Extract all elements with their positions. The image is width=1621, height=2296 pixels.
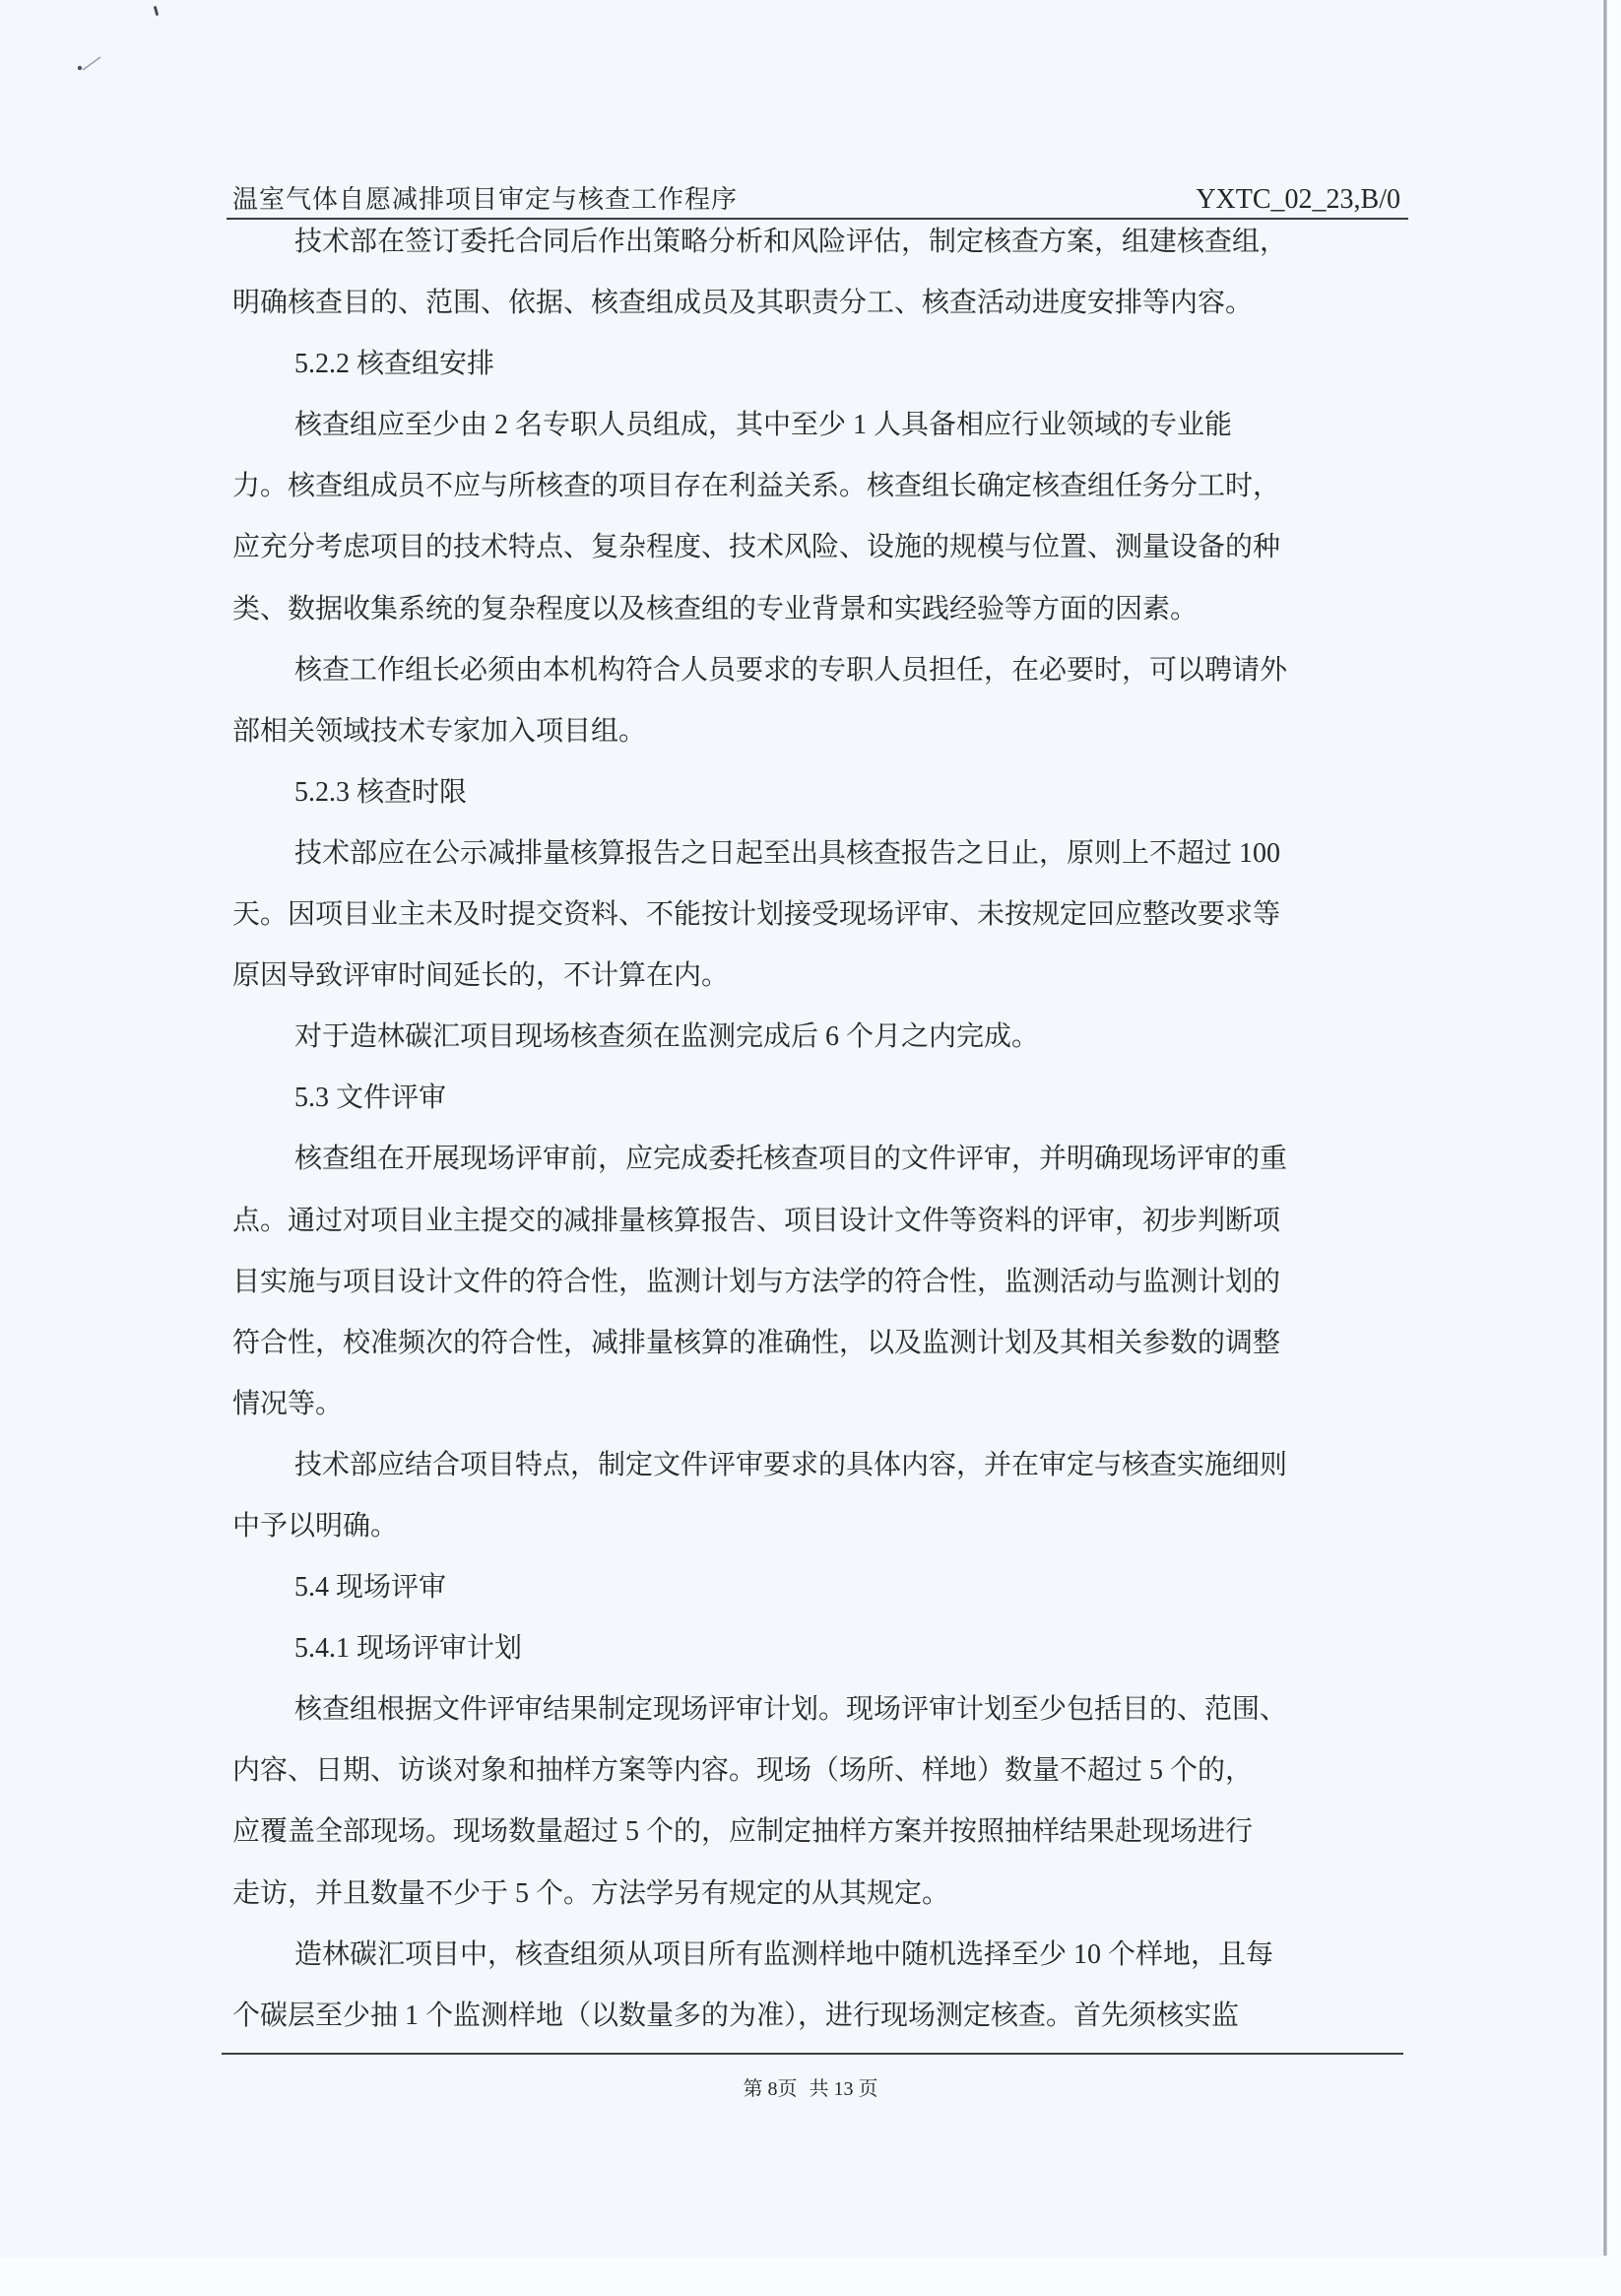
text-line: 明确核查目的、范围、依据、核查组成员及其职责分工、核查活动进度安排等内容。 [232,273,1400,334]
section-heading-5-4: 5.4 现场评审 [232,1557,1400,1618]
section-heading-5-4-1: 5.4.1 现场评审计划 [232,1618,1400,1679]
text-line: 类、数据收集系统的复杂程度以及核查组的专业背景和实践经验等方面的因素。 [232,579,1400,640]
text-line: 力。核查组成员不应与所核查的项目存在利益关系。核查组长确定核查组任务分工时， [232,456,1400,517]
text-line: 核查组在开展现场评审前，应完成委托核查项目的文件评审，并明确现场评审的重 [232,1129,1400,1190]
text-line: 原因导致评审时间延长的，不计算在内。 [232,946,1400,1007]
section-heading-5-2-3: 5.2.3 核查时限 [232,762,1400,823]
total-pages-label: 共 13 页 [810,2078,878,2100]
section-heading-5-3: 5.3 文件评审 [232,1068,1400,1129]
text-line: 天。因项目业主未及时提交资料、不能按计划接受现场评审、未按规定回应整改要求等 [232,885,1400,946]
text-line: 应覆盖全部现场。现场数量超过 5 个的，应制定抽样方案并按照抽样结果赴现场进行 [232,1802,1400,1863]
text-line: 核查组应至少由 2 名专职人员组成，其中至少 1 人具备相应行业领域的专业能 [232,395,1400,456]
document-body: 技术部在签订委托合同后作出策略分析和风险评估，制定核查方案，组建核查组， 明确核… [232,212,1400,2047]
text-line: 造林碳汇项目中，核查组须从项目所有监测样地中随机选择至少 10 个样地，且每 [232,1925,1400,1986]
text-line: 应充分考虑项目的技术特点、复杂程度、技术风险、设施的规模与位置、测量设备的种 [232,517,1400,578]
text-line: 目实施与项目设计文件的符合性，监测计划与方法学的符合性，监测活动与监测计划的 [232,1252,1400,1313]
page-number: 第 8页共 13 页 [0,2074,1621,2104]
text-line: 核查组根据文件评审结果制定现场评审计划。现场评审计划至少包括目的、范围、 [232,1679,1400,1740]
text-line: 点。通过对项目业主提交的减排量核算报告、项目设计文件等资料的评审，初步判断项 [232,1191,1400,1252]
footer-divider [222,2053,1403,2055]
section-heading-5-2-2: 5.2.2 核查组安排 [232,334,1400,395]
text-line: 技术部应在公示减排量核算报告之日起至出具核查报告之日止，原则上不超过 100 [232,823,1400,885]
text-line: 核查工作组长必须由本机构符合人员要求的专职人员担任，在必要时，可以聘请外 [232,640,1400,701]
text-line: 个碳层至少抽 1 个监测样地（以数量多的为准），进行现场测定核查。首先须核实监 [232,1986,1400,2047]
current-page-label: 第 8页 [744,2078,798,2100]
text-line: 中予以明确。 [232,1496,1400,1557]
handwritten-check-mark-icon [77,55,104,73]
text-line: 技术部在签订委托合同后作出策略分析和风险评估，制定核查方案，组建核查组， [232,212,1400,273]
text-line: 符合性，校准频次的符合性，减排量核算的准确性，以及监测计划及其相关参数的调整 [232,1313,1400,1374]
text-line: 技术部应结合项目特点，制定文件评审要求的具体内容，并在审定与核查实施细则 [232,1435,1400,1496]
text-line: 部相关领域技术专家加入项目组。 [232,701,1400,762]
text-line: 内容、日期、访谈对象和抽样方案等内容。现场（场所、样地）数量不超过 5 个的， [232,1740,1400,1802]
page-edge-shadow [1603,0,1607,2256]
text-line: 走访，并且数量不少于 5 个。方法学另有规定的从其规定。 [232,1864,1400,1925]
text-line: 情况等。 [232,1374,1400,1435]
text-line: 对于造林碳汇项目现场核查须在监测完成后 6 个月之内完成。 [232,1007,1400,1068]
